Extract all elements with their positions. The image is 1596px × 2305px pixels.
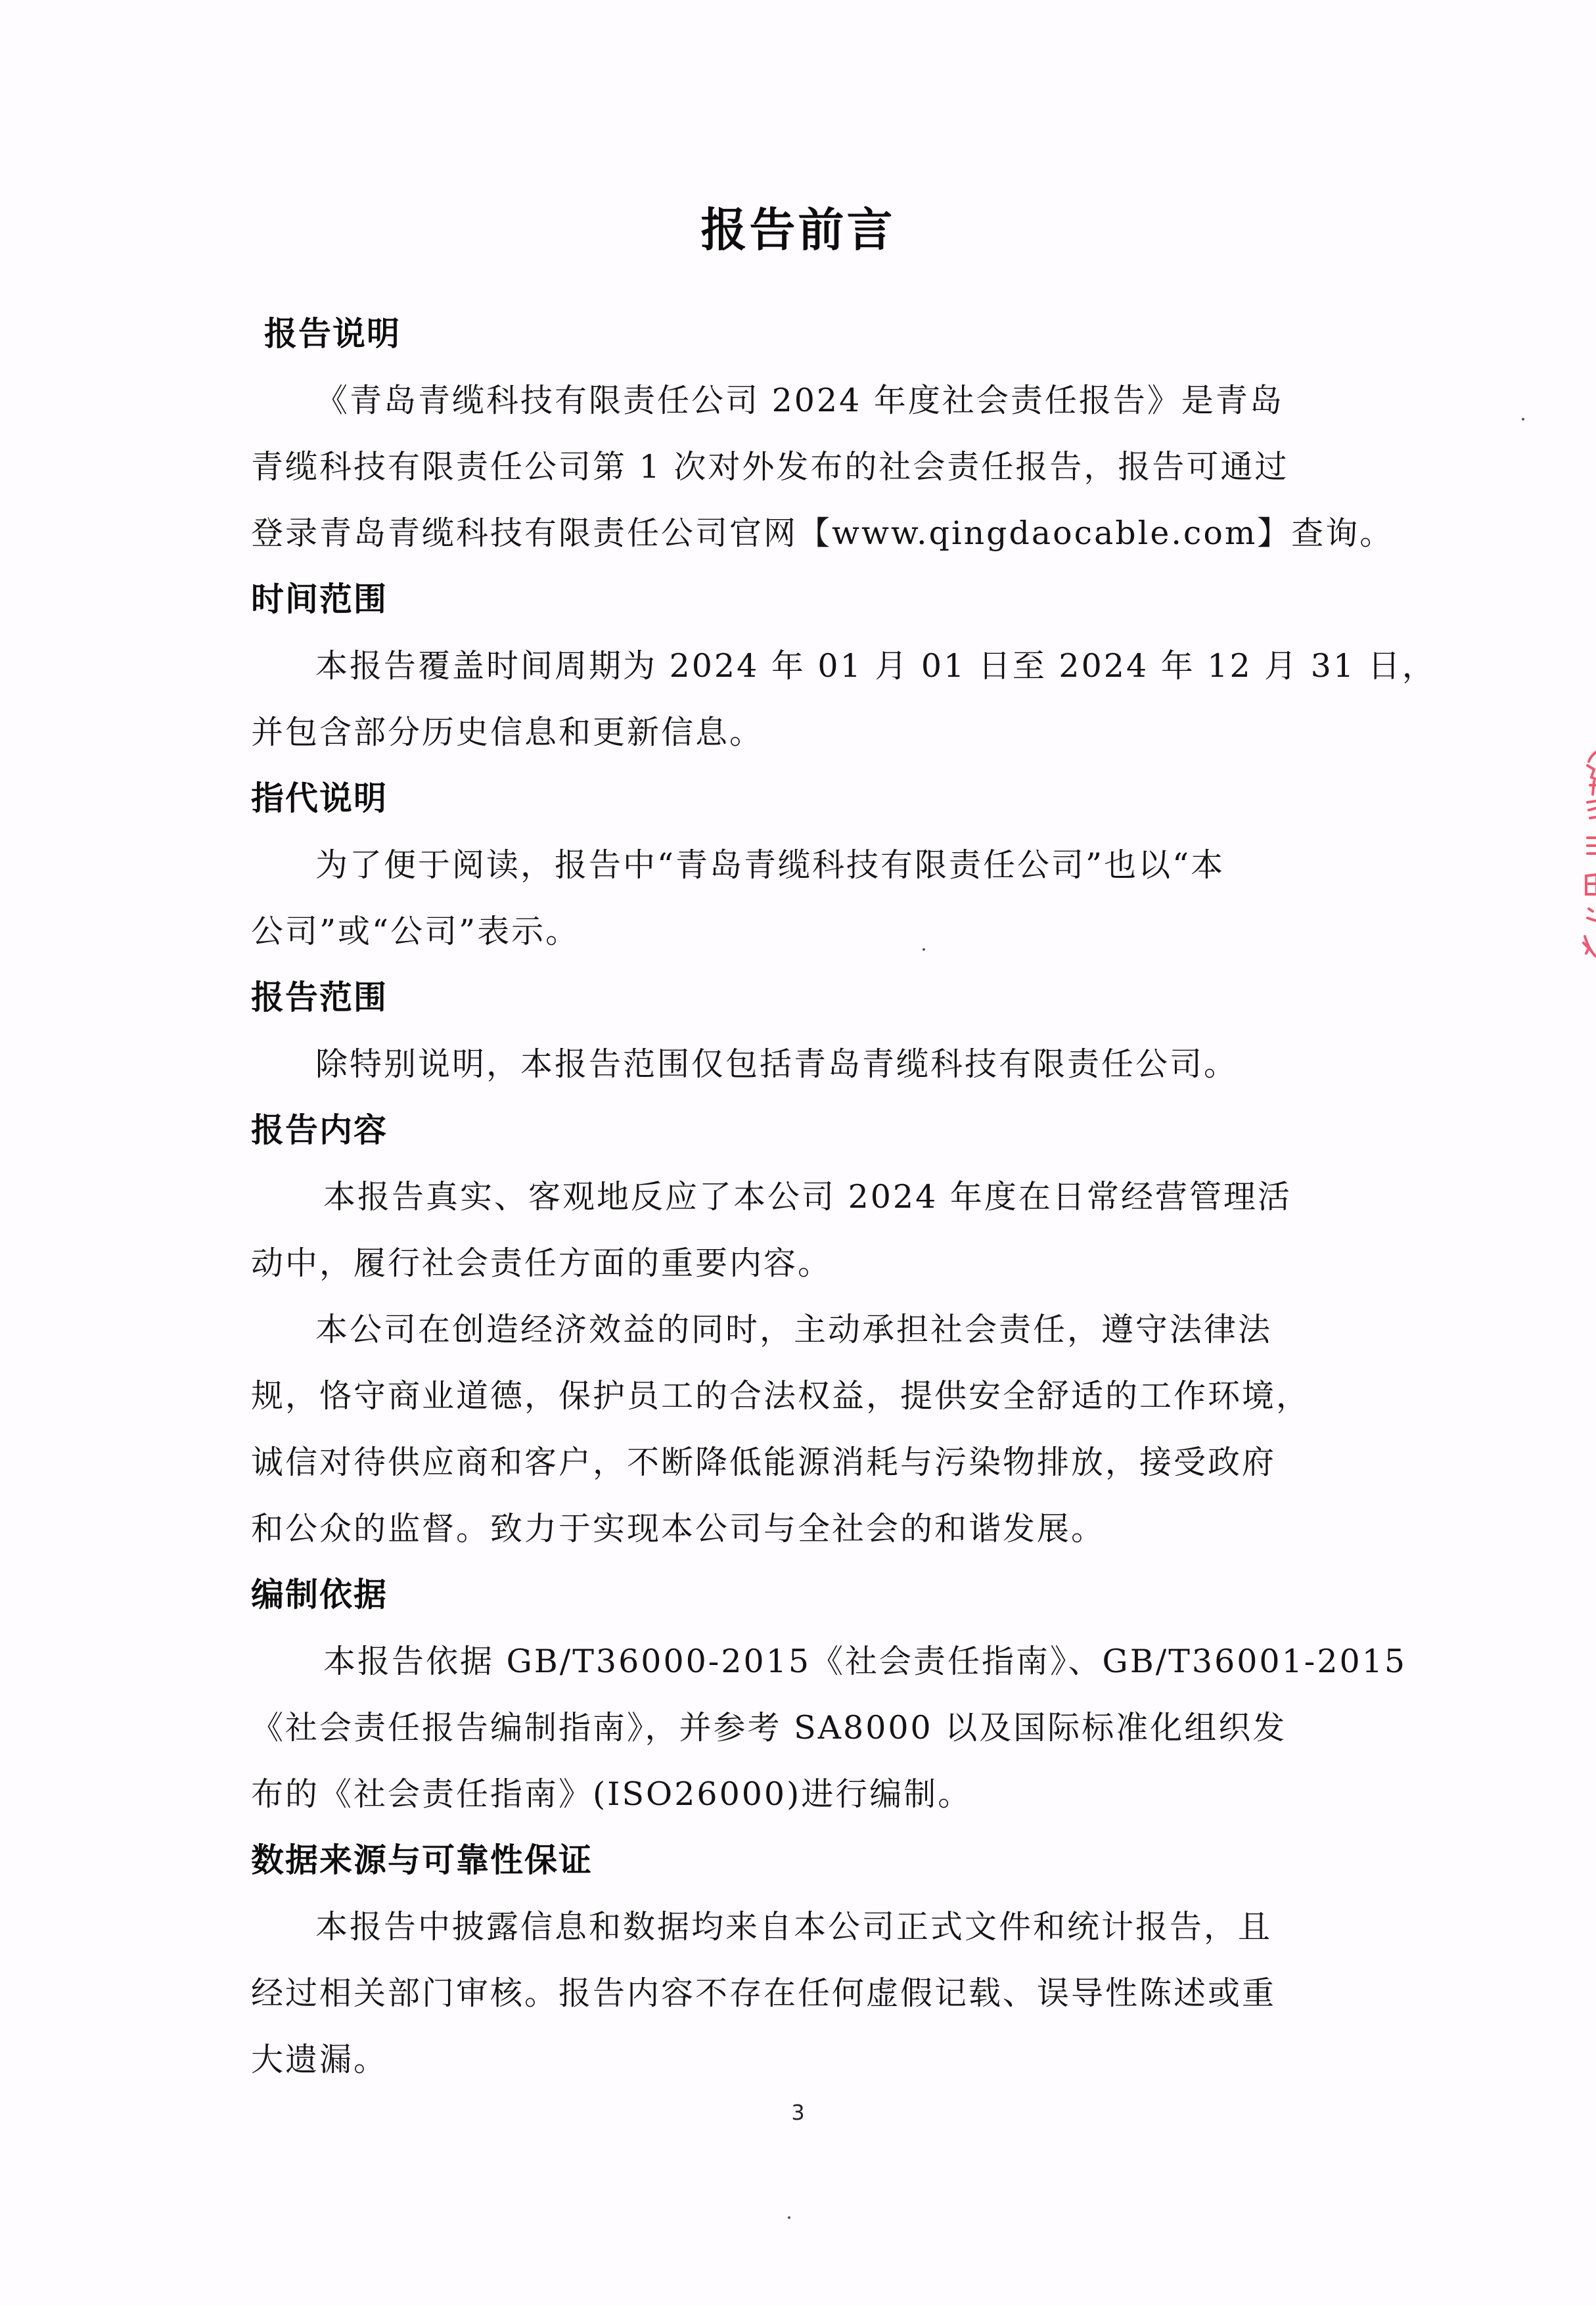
- scan-speck: [788, 2216, 790, 2219]
- text-line: 大遗漏。: [251, 2026, 1336, 2093]
- paragraph-data-source: 本报告中披露信息和数据均来自本公司正式文件和统计报告，且 经过相关部门审核。报告…: [251, 1894, 1336, 2093]
- text-line: 动中，履行社会责任方面的重要内容。: [251, 1230, 1336, 1296]
- paragraph-reference-note: 为了便于阅读，报告中“青岛青缆科技有限责任公司”也以“本 公司”或“公司”表示。: [251, 832, 1336, 965]
- text-line: 登录青岛青缆科技有限责任公司官网【www.qingdaocable.com】查询…: [251, 500, 1336, 566]
- text-line: 诚信对待供应商和客户，不断降低能源消耗与污染物排放，接受政府: [251, 1429, 1336, 1495]
- seal-stamp-fragment: [1582, 739, 1596, 976]
- section-heading-data-source: 数据来源与可靠性保证: [251, 1827, 1336, 1894]
- text-line: 规，恪守商业道德，保护员工的合法权益，提供安全舒适的工作环境，: [251, 1363, 1336, 1429]
- text-line: 本公司在创造经济效益的同时，主动承担社会责任，遵守法律法: [251, 1296, 1336, 1363]
- text-line: 青缆科技有限责任公司第 1 次对外发布的社会责任报告，报告可通过: [251, 434, 1336, 500]
- document-page: 报告前言 报告说明 《青岛青缆科技有限责任公司 2024 年度社会责任报告》是青…: [0, 0, 1596, 2305]
- text-line: 《社会责任报告编制指南》，并参考 SA8000 以及国际标准化组织发: [251, 1695, 1336, 1761]
- page-title: 报告前言: [0, 200, 1596, 260]
- text-line: 除特别说明，本报告范围仅包括青岛青缆科技有限责任公司。: [251, 1031, 1336, 1097]
- text-line: 本报告依据 GB/T36000-2015《社会责任指南》、GB/T36001-2…: [251, 1628, 1336, 1695]
- paragraph-report-scope: 除特别说明，本报告范围仅包括青岛青缆科技有限责任公司。: [251, 1031, 1336, 1097]
- seal-stamp-icon: [1582, 739, 1596, 976]
- text-line: 本报告中披露信息和数据均来自本公司正式文件和统计报告，且: [251, 1894, 1336, 1960]
- text-line: 布的《社会责任指南》(ISO26000)进行编制。: [251, 1761, 1336, 1827]
- section-heading-reference-note: 指代说明: [251, 765, 1336, 832]
- page-number: 3: [0, 2100, 1596, 2125]
- section-heading-compilation-basis: 编制依据: [251, 1562, 1336, 1628]
- document-body: 报告说明 《青岛青缆科技有限责任公司 2024 年度社会责任报告》是青岛 青缆科…: [251, 301, 1336, 2093]
- text-line: 和公众的监督。致力于实现本公司与全社会的和谐发展。: [251, 1495, 1336, 1562]
- paragraph-compilation-basis: 本报告依据 GB/T36000-2015《社会责任指南》、GB/T36001-2…: [251, 1628, 1336, 1827]
- scan-speck: [923, 948, 925, 951]
- paragraph-report-content-2: 本公司在创造经济效益的同时，主动承担社会责任，遵守法律法 规，恪守商业道德，保护…: [251, 1296, 1336, 1562]
- paragraph-report-content-1: 本报告真实、客观地反应了本公司 2024 年度在日常经营管理活 动中，履行社会责…: [251, 1164, 1336, 1296]
- paragraph-time-range: 本报告覆盖时间周期为 2024 年 01 月 01 日至 2024 年 12 月…: [251, 633, 1336, 765]
- text-line: 并包含部分历史信息和更新信息。: [251, 699, 1336, 765]
- section-heading-report-content: 报告内容: [251, 1097, 1336, 1164]
- section-heading-report-description: 报告说明: [251, 301, 1336, 367]
- text-line: 经过相关部门审核。报告内容不存在任何虚假记载、误导性陈述或重: [251, 1960, 1336, 2026]
- text-line: 本报告真实、客观地反应了本公司 2024 年度在日常经营管理活: [251, 1164, 1336, 1230]
- text-line: 为了便于阅读，报告中“青岛青缆科技有限责任公司”也以“本: [251, 832, 1336, 898]
- paragraph-report-description: 《青岛青缆科技有限责任公司 2024 年度社会责任报告》是青岛 青缆科技有限责任…: [251, 367, 1336, 566]
- text-line: 公司”或“公司”表示。: [251, 898, 1336, 965]
- scan-speck: [1522, 418, 1524, 421]
- section-heading-time-range: 时间范围: [251, 566, 1336, 633]
- section-heading-report-scope: 报告范围: [251, 965, 1336, 1031]
- text-line: 本报告覆盖时间周期为 2024 年 01 月 01 日至 2024 年 12 月…: [251, 633, 1336, 699]
- text-line: 《青岛青缆科技有限责任公司 2024 年度社会责任报告》是青岛: [251, 367, 1336, 434]
